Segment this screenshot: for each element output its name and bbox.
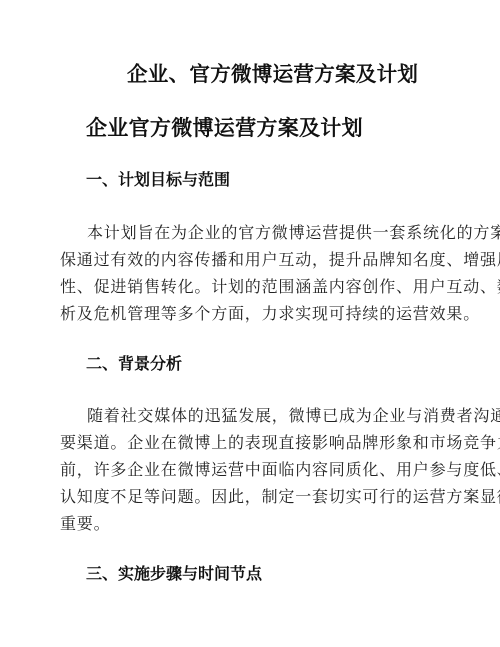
section-paragraph-goals-scope: 本计划旨在为企业的官方微博运营提供一套系统化的方案，确 保通过有效的内容传播和用… bbox=[60, 219, 440, 327]
paragraph-line: 认知度不足等问题。因此，制定一套切实可行的运营方案显得尤为 bbox=[60, 483, 440, 510]
paragraph-line: 随着社交媒体的迅猛发展，微博已成为企业与消费者沟通的重 bbox=[60, 402, 440, 429]
section-heading-goals-scope: 一、计划目标与范围 bbox=[86, 168, 230, 192]
paragraph-line: 重要。 bbox=[60, 510, 440, 537]
paragraph-line: 前，许多企业在微博运营中面临内容同质化、用户参与度低、品牌 bbox=[60, 456, 440, 483]
section-heading-implementation-timeline: 三、实施步骤与时间节点 bbox=[86, 562, 262, 586]
paragraph-line: 性、促进销售转化。计划的范围涵盖内容创作、用户互动、数据分 bbox=[60, 273, 440, 300]
document-page: 企业、官方微博运营方案及计划 企业官方微博运营方案及计划 一、计划目标与范围 本… bbox=[0, 0, 500, 647]
paragraph-line: 保通过有效的内容传播和用户互动，提升品牌知名度、增强用户粘 bbox=[60, 246, 440, 273]
section-paragraph-background: 随着社交媒体的迅猛发展，微博已成为企业与消费者沟通的重 要渠道。企业在微博上的表… bbox=[60, 402, 440, 537]
document-subtitle: 企业官方微博运营方案及计划 bbox=[86, 114, 363, 142]
paragraph-line: 析及危机管理等多个方面，力求实现可持续的运营效果。 bbox=[60, 300, 440, 327]
paragraph-line: 本计划旨在为企业的官方微博运营提供一套系统化的方案，确 bbox=[60, 219, 440, 246]
paragraph-line: 要渠道。企业在微博上的表现直接影响品牌形象和市场竞争力。当 bbox=[60, 429, 440, 456]
section-heading-background: 二、背景分析 bbox=[86, 352, 182, 376]
document-title: 企业、官方微博运营方案及计划 bbox=[127, 60, 417, 88]
